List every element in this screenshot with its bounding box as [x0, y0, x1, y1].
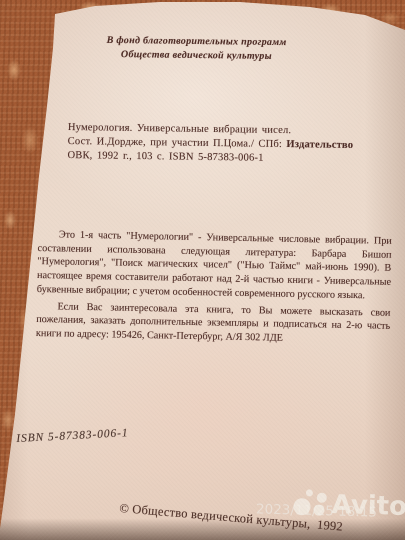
annotation-block: Это 1-я часть "Нумерологии" - Универсаль… — [36, 228, 392, 347]
isbn-line: ISBN 5-87383-006-1 — [16, 427, 129, 445]
biblio-publisher-text: Издательство — [286, 139, 353, 151]
biblio-authors-text: Сост. И.Дордже, при участии П.Цома./ СПб… — [68, 136, 287, 150]
book-page-photo: В фонд благотворительных программ Общест… — [0, 0, 405, 540]
avito-dot-bottom-right — [313, 505, 324, 516]
annotation-paragraph-2: Если Вас заинтересовала эта книга, то Вы… — [36, 300, 391, 348]
avito-dot-top-right — [317, 493, 327, 503]
bibliographic-record: Нумерология. Универсальные вибрации чисе… — [67, 121, 398, 168]
avito-dot-large — [293, 498, 310, 515]
book-imprint-page: В фонд благотворительных программ Общест… — [0, 0, 405, 540]
annotation-paragraph-1: Это 1-я часть "Нумерологии" - Универсаль… — [37, 228, 392, 303]
avito-wordmark: Avito — [331, 492, 405, 520]
avito-dot-small — [306, 489, 313, 496]
avito-logo-icon — [293, 489, 330, 521]
dedication-note: В фонд благотворительных программ Общест… — [0, 33, 399, 65]
